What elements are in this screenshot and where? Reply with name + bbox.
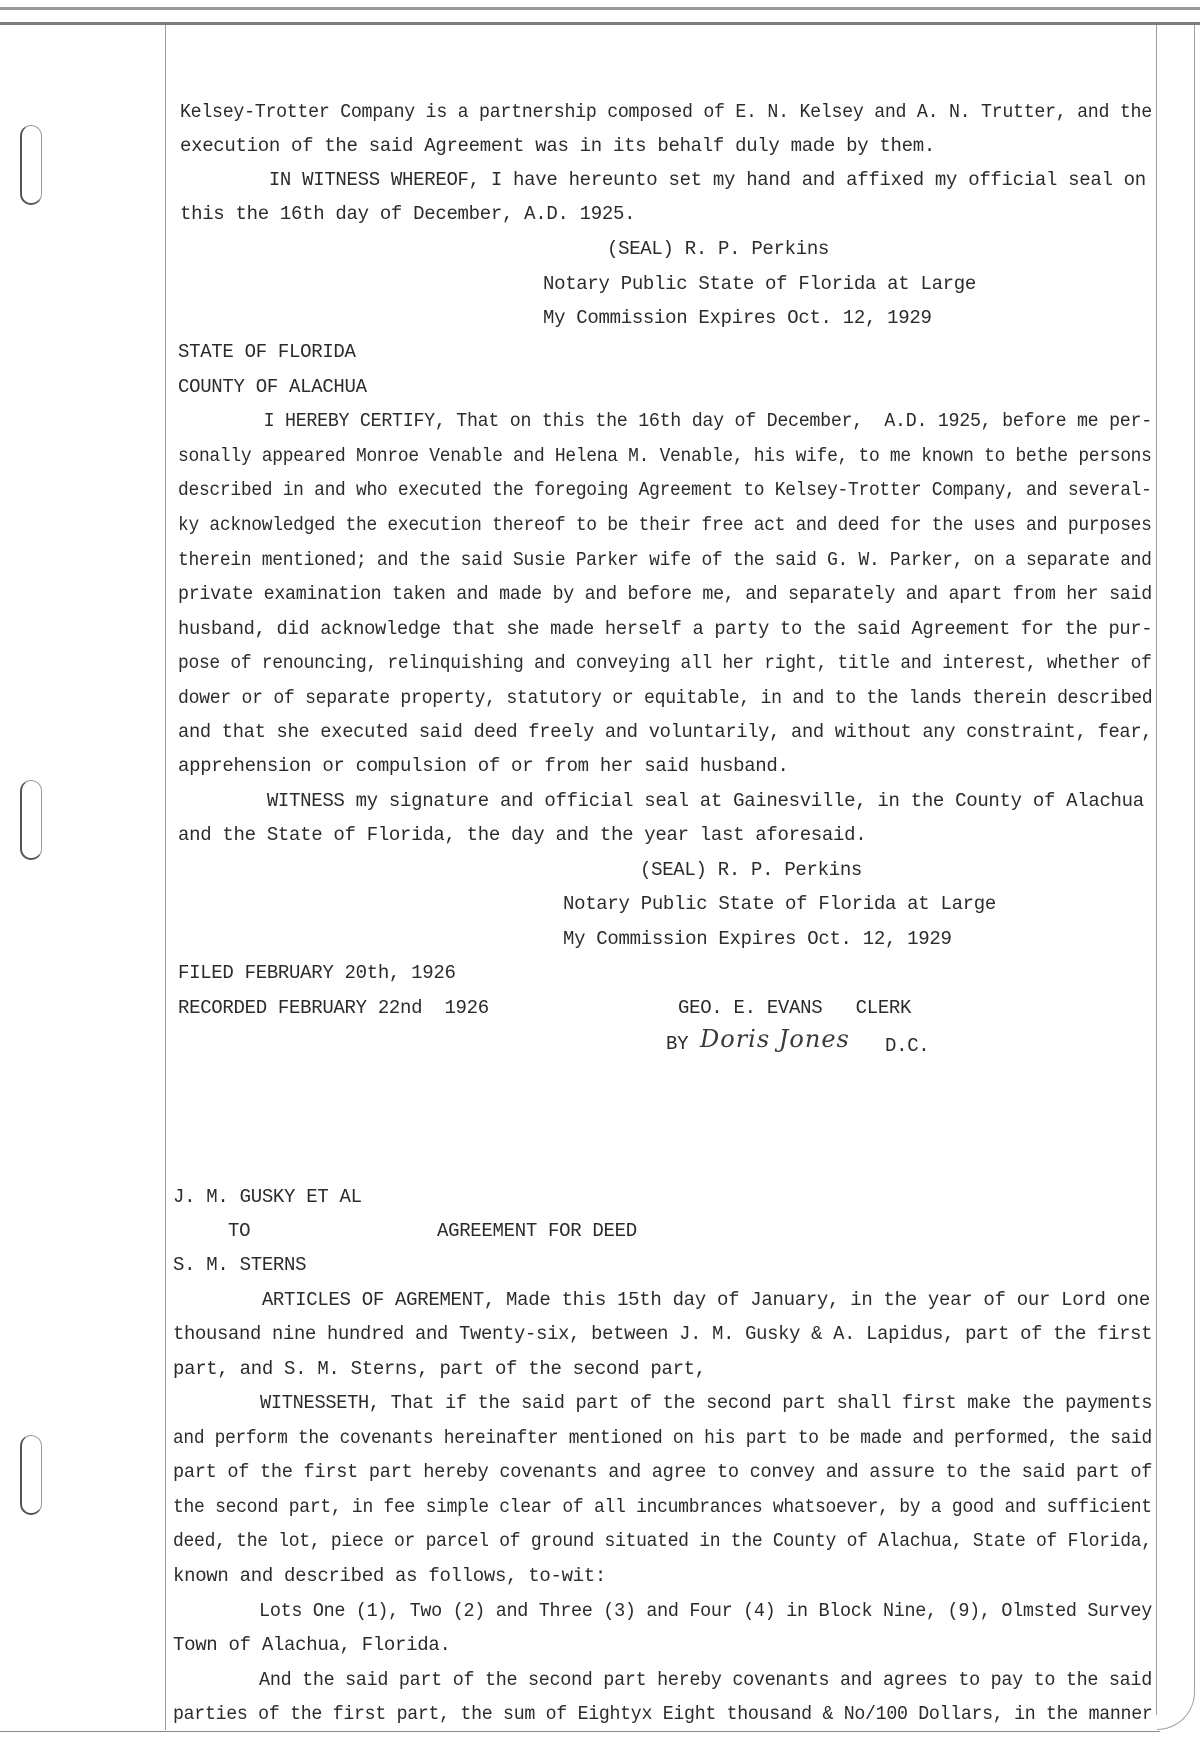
deputy-signature: Doris Jones bbox=[700, 1028, 850, 1050]
left-margin-line bbox=[165, 25, 166, 1730]
text-line: private examination taken and made by an… bbox=[178, 583, 1152, 605]
binder-hole bbox=[20, 780, 42, 860]
text-line: and the State of Florida, the day and th… bbox=[178, 824, 866, 846]
text-line: ARTICLES OF AGREMENT, Made this 15th day… bbox=[173, 1289, 1150, 1311]
text-line: execution of the said Agreement was in i… bbox=[180, 135, 935, 157]
text-line: and that she executed said deed freely a… bbox=[178, 721, 1152, 743]
text-line: therein mentioned; and the said Susie Pa… bbox=[178, 549, 1152, 571]
by-label: BY bbox=[666, 1033, 688, 1055]
text-line: part of the first part hereby covenants … bbox=[173, 1461, 1152, 1483]
text-line: described in and who executed the forego… bbox=[178, 479, 1152, 501]
top-rule-double bbox=[0, 22, 1200, 25]
recorded-date: RECORDED FEBRUARY 22nd 1926 bbox=[178, 997, 489, 1019]
text-line: I HEREBY CERTIFY, That on this the 16th … bbox=[178, 410, 1152, 432]
text-line: deed, the lot, piece or parcel of ground… bbox=[173, 1530, 1152, 1552]
notary-seal-line: (SEAL) R. P. Perkins bbox=[640, 859, 862, 881]
text-line: sonally appeared Monroe Venable and Hele… bbox=[178, 445, 1152, 467]
venue-state: STATE OF FLORIDA bbox=[178, 341, 356, 363]
text-line: apprehension or compulsion of or from he… bbox=[178, 755, 789, 777]
text-line: and perform the covenants hereinafter me… bbox=[173, 1427, 1152, 1449]
text-line: known and described as follows, to-wit: bbox=[173, 1565, 606, 1587]
deputy-clerk-label: D.C. bbox=[885, 1035, 929, 1057]
text-line: ky acknowledged the execution thereof to… bbox=[178, 514, 1152, 536]
text-line: parties of the first part, the sum of Ei… bbox=[173, 1703, 1152, 1725]
text-line: pose of renouncing, relinquishing and co… bbox=[178, 652, 1152, 674]
page-edge bbox=[1157, 25, 1195, 1730]
text-line: part, and S. M. Sterns, part of the seco… bbox=[173, 1358, 706, 1380]
notary-commission-line: My Commission Expires Oct. 12, 1929 bbox=[543, 307, 932, 329]
text-line: Town of Alachua, Florida. bbox=[173, 1634, 451, 1656]
text-line: thousand nine hundred and Twenty-six, be… bbox=[173, 1323, 1152, 1345]
venue-county: COUNTY OF ALACHUA bbox=[178, 376, 367, 398]
text-line: WITNESS my signature and official seal a… bbox=[178, 790, 1144, 812]
text-line: this the 16th day of December, A.D. 1925… bbox=[180, 203, 635, 225]
binder-hole bbox=[20, 1435, 42, 1515]
notary-commission-line: My Commission Expires Oct. 12, 1929 bbox=[563, 928, 952, 950]
text-line: Lots One (1), Two (2) and Three (3) and … bbox=[173, 1600, 1152, 1622]
to-label: TO bbox=[228, 1220, 250, 1242]
grantor: J. M. GUSKY ET AL bbox=[173, 1186, 362, 1208]
bottom-rule bbox=[0, 1731, 1160, 1732]
text-line: dower or of separate property, statutory… bbox=[178, 687, 1152, 709]
text-line: Kelsey-Trotter Company is a partnership … bbox=[180, 101, 1152, 123]
top-rule bbox=[0, 7, 1200, 10]
filed-date: FILED FEBRUARY 20th, 1926 bbox=[178, 962, 456, 984]
text-line: the second part, in fee simple clear of … bbox=[173, 1496, 1152, 1518]
text-line: IN WITNESS WHEREOF, I have hereunto set … bbox=[180, 169, 1146, 191]
notary-seal-line: (SEAL) R. P. Perkins bbox=[607, 238, 829, 260]
text-line: WITNESSETH, That if the said part of the… bbox=[173, 1392, 1152, 1414]
binder-hole bbox=[20, 125, 42, 205]
text-line: husband, did acknowledge that she made h… bbox=[178, 618, 1152, 640]
notary-title-line: Notary Public State of Florida at Large bbox=[563, 893, 996, 915]
instrument-type: AGREEMENT FOR DEED bbox=[437, 1220, 637, 1242]
text-line: And the said part of the second part her… bbox=[173, 1669, 1152, 1691]
notary-title-line: Notary Public State of Florida at Large bbox=[543, 273, 976, 295]
clerk-name: GEO. E. EVANS CLERK bbox=[678, 997, 911, 1019]
grantee: S. M. STERNS bbox=[173, 1254, 306, 1276]
